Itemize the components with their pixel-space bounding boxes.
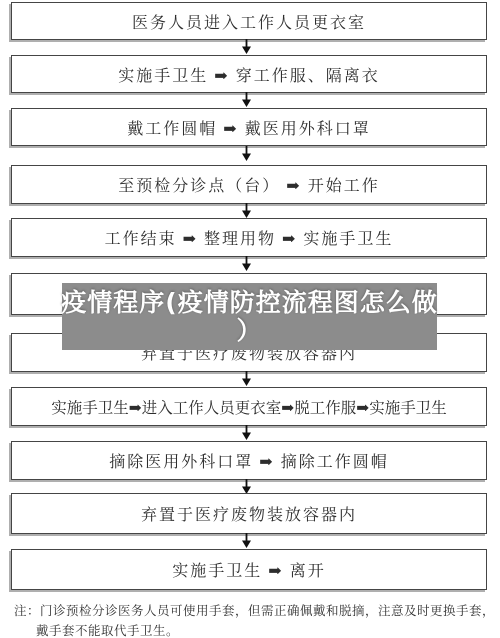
flow-step-hand-hygiene-remove-workwear: 实施手卫生➡进入工作人员更衣室➡脱工作服➡实施手卫生 <box>11 387 487 426</box>
flow-step-enter-changing-room: 医务人员进入工作人员更衣室 <box>11 2 487 40</box>
flow-step-hand-hygiene-wear-gown: 实施手卫生 ➡ 穿工作服、隔离衣 <box>11 55 487 93</box>
down-arrow-icon <box>240 256 253 271</box>
down-arrow-icon <box>240 479 253 494</box>
flow-step-wear-cap-mask: 戴工作圆帽 ➡ 戴医用外科口罩 <box>11 108 487 146</box>
flowchart-page: 医务人员进入工作人员更衣室 实施手卫生 ➡ 穿工作服、隔离衣 戴工作圆帽 ➡ 戴… <box>0 0 500 638</box>
watermark-title-line2: ） <box>236 317 262 345</box>
down-arrow-icon <box>240 371 253 386</box>
watermark-overlay: 疫情程序(疫情防控流程图怎么做 ） <box>62 283 437 350</box>
watermark-title-line1: 疫情程序(疫情防控流程图怎么做 <box>61 289 437 317</box>
down-arrow-icon <box>240 425 253 440</box>
flow-step-remove-mask-cap: 摘除医用外科口罩 ➡ 摘除工作圆帽 <box>11 441 487 480</box>
down-arrow-icon <box>240 146 253 161</box>
footnote-line1: 注：门诊预检分诊医务人员可使用手套，但需正确佩戴和脱摘，注意及时更换手套， <box>14 601 495 619</box>
down-arrow-icon <box>240 533 253 548</box>
flow-step-hand-hygiene-leave: 实施手卫生 ➡ 离开 <box>11 549 487 590</box>
down-arrow-icon <box>240 203 253 218</box>
flow-step-finish-work-tidy-up: 工作结束 ➡ 整理用物 ➡ 实施手卫生 <box>11 218 487 257</box>
down-arrow-icon <box>240 39 253 54</box>
down-arrow-icon <box>240 92 253 107</box>
footnote-line2: 戴手套不能取代手卫生。 <box>36 621 179 638</box>
flow-step-discard-medical-waste-2: 弃置于医疗废物装放容器内 <box>11 493 487 534</box>
flow-step-triage-point-start-work: 至预检分诊点（台） ➡ 开始工作 <box>11 165 487 204</box>
